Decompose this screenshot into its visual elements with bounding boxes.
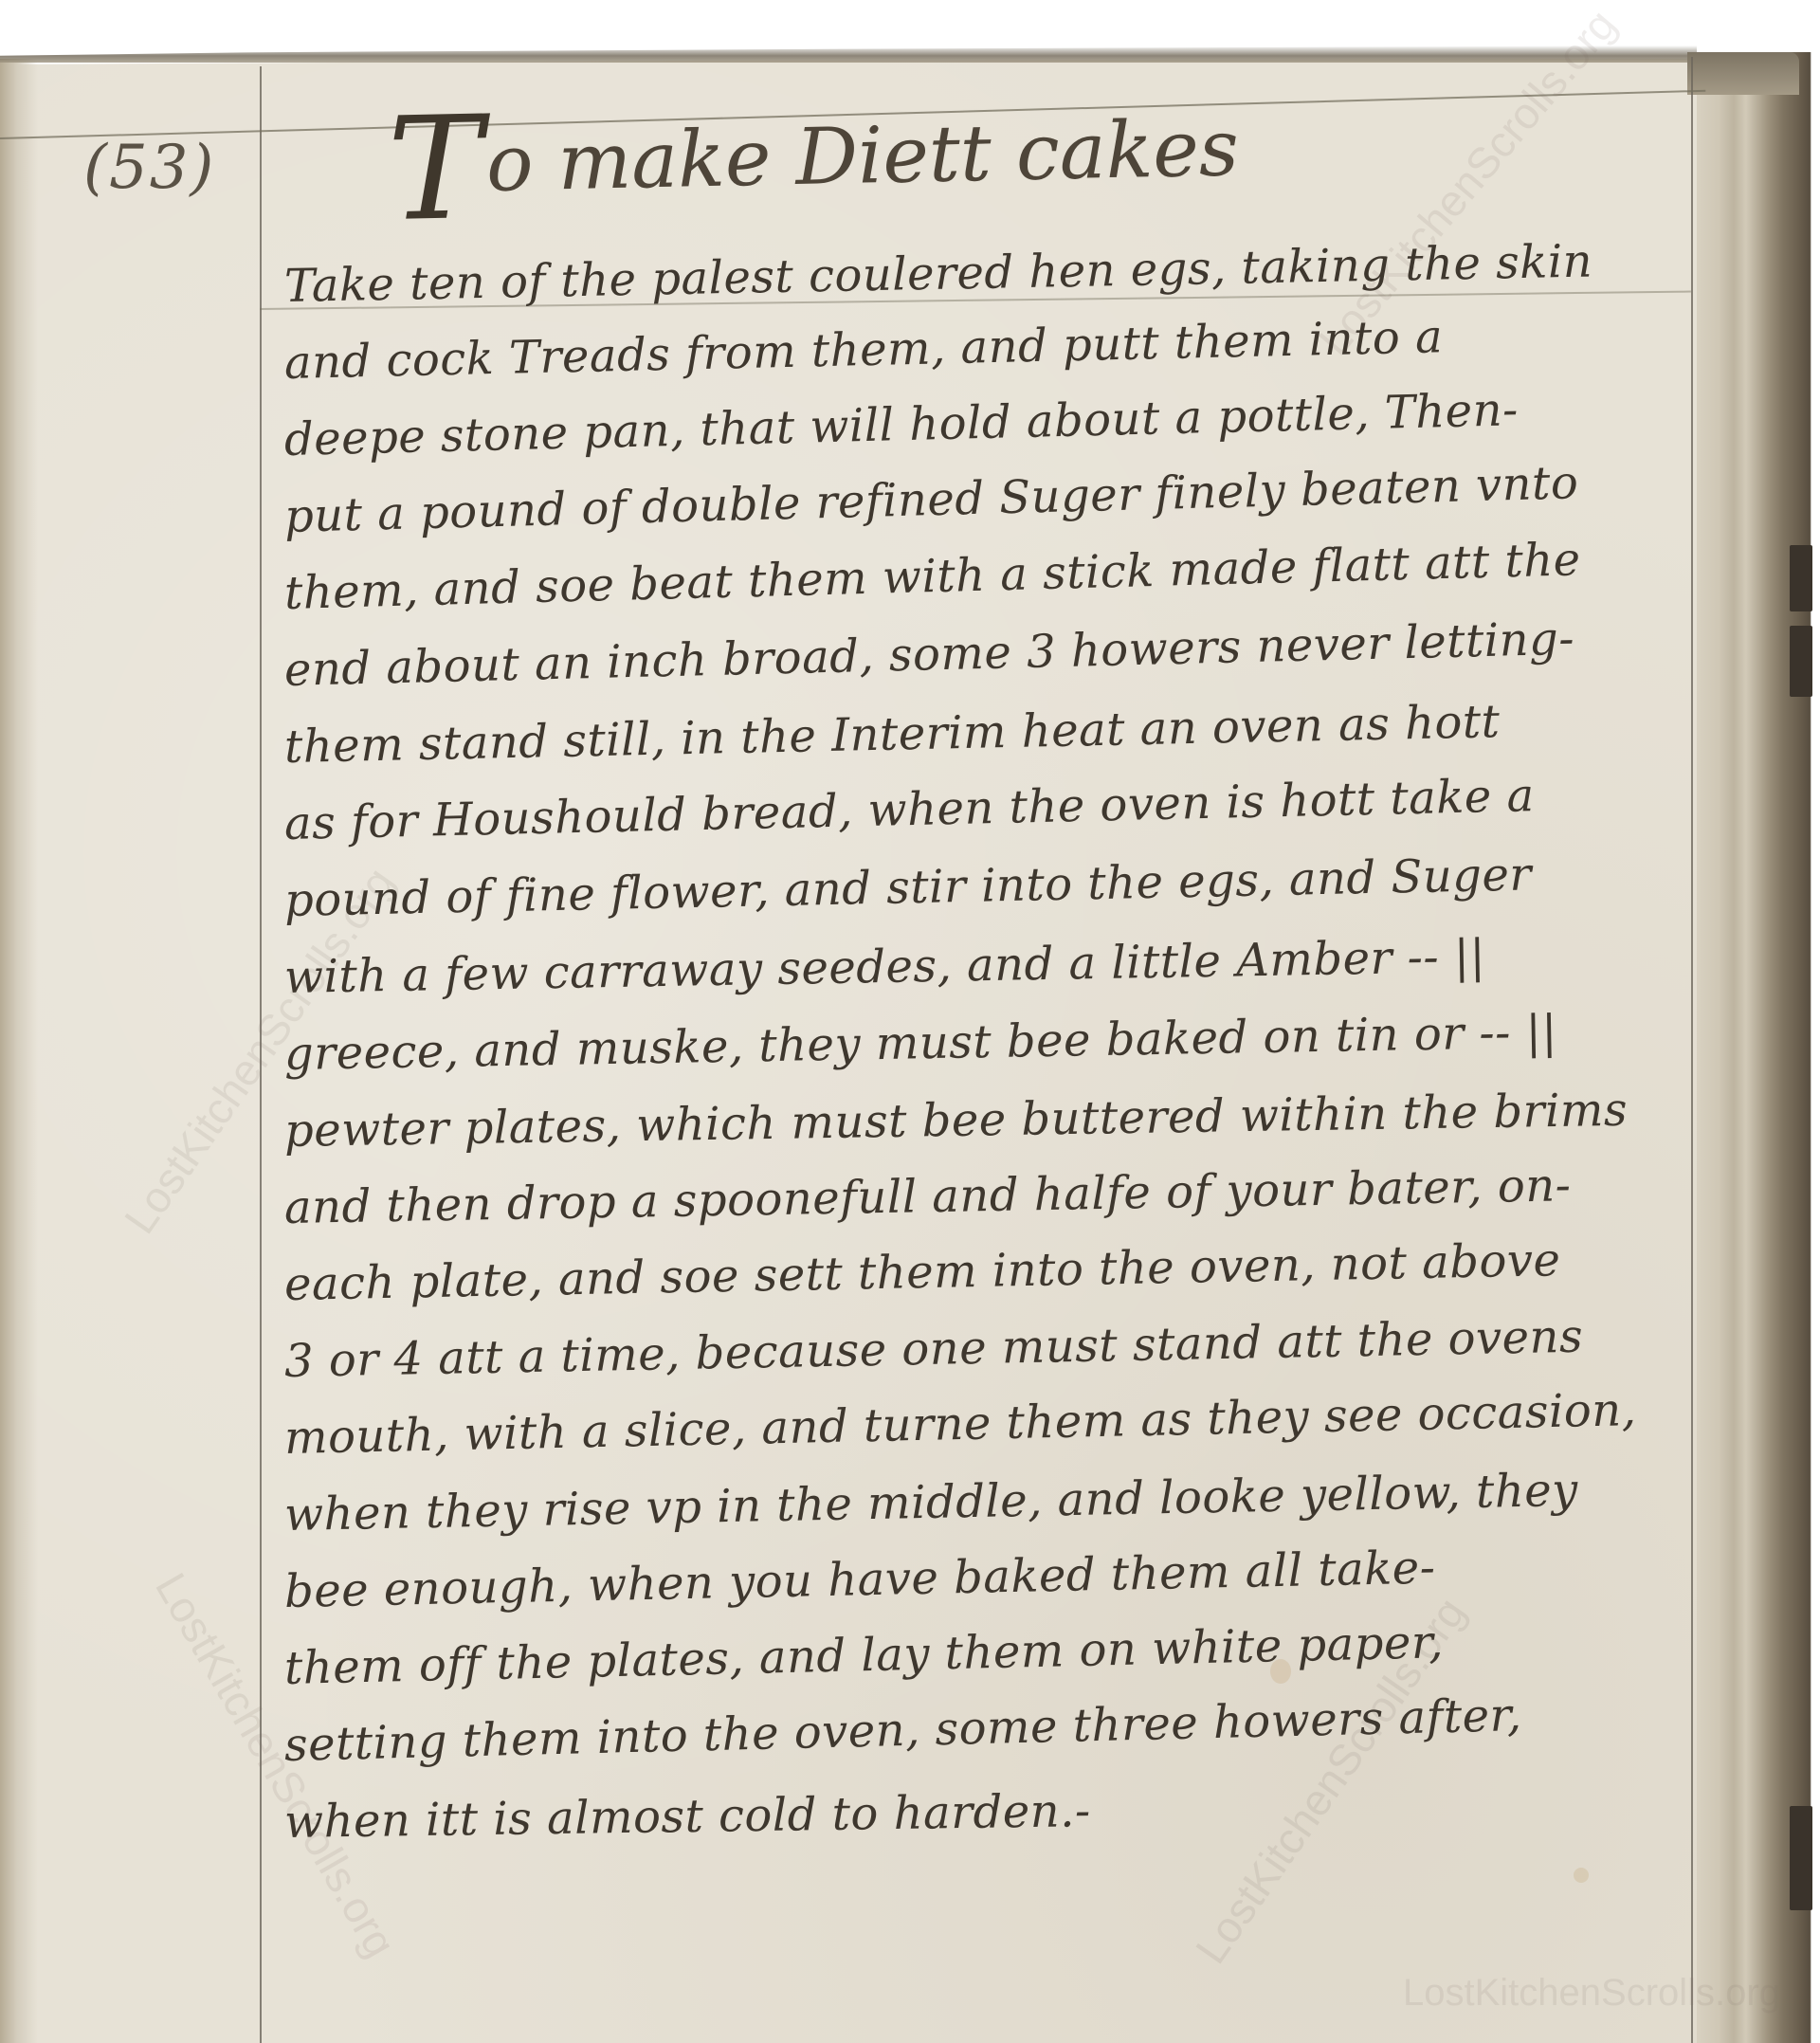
title-text: o make Diett cakes: [485, 103, 1240, 210]
recipe-body: Take ten of the palest coulered hen egs,…: [284, 246, 1697, 1859]
book-fore-edge: [1697, 52, 1820, 2043]
recipe-title: To make Diett cakes: [387, 103, 1240, 211]
page-number: (53): [83, 133, 215, 203]
title-initial: T: [386, 86, 484, 253]
paper-stain: [1574, 1868, 1589, 1883]
clasp-upper-a: [1790, 545, 1812, 611]
clasp-lower: [1790, 1806, 1812, 1910]
book-cover-corner: [1687, 52, 1799, 95]
clasp-upper-b: [1790, 626, 1812, 697]
margin-rule-left: [260, 66, 262, 2043]
gutter-shadow: [0, 59, 38, 2043]
page-top-edge: [0, 46, 1697, 63]
